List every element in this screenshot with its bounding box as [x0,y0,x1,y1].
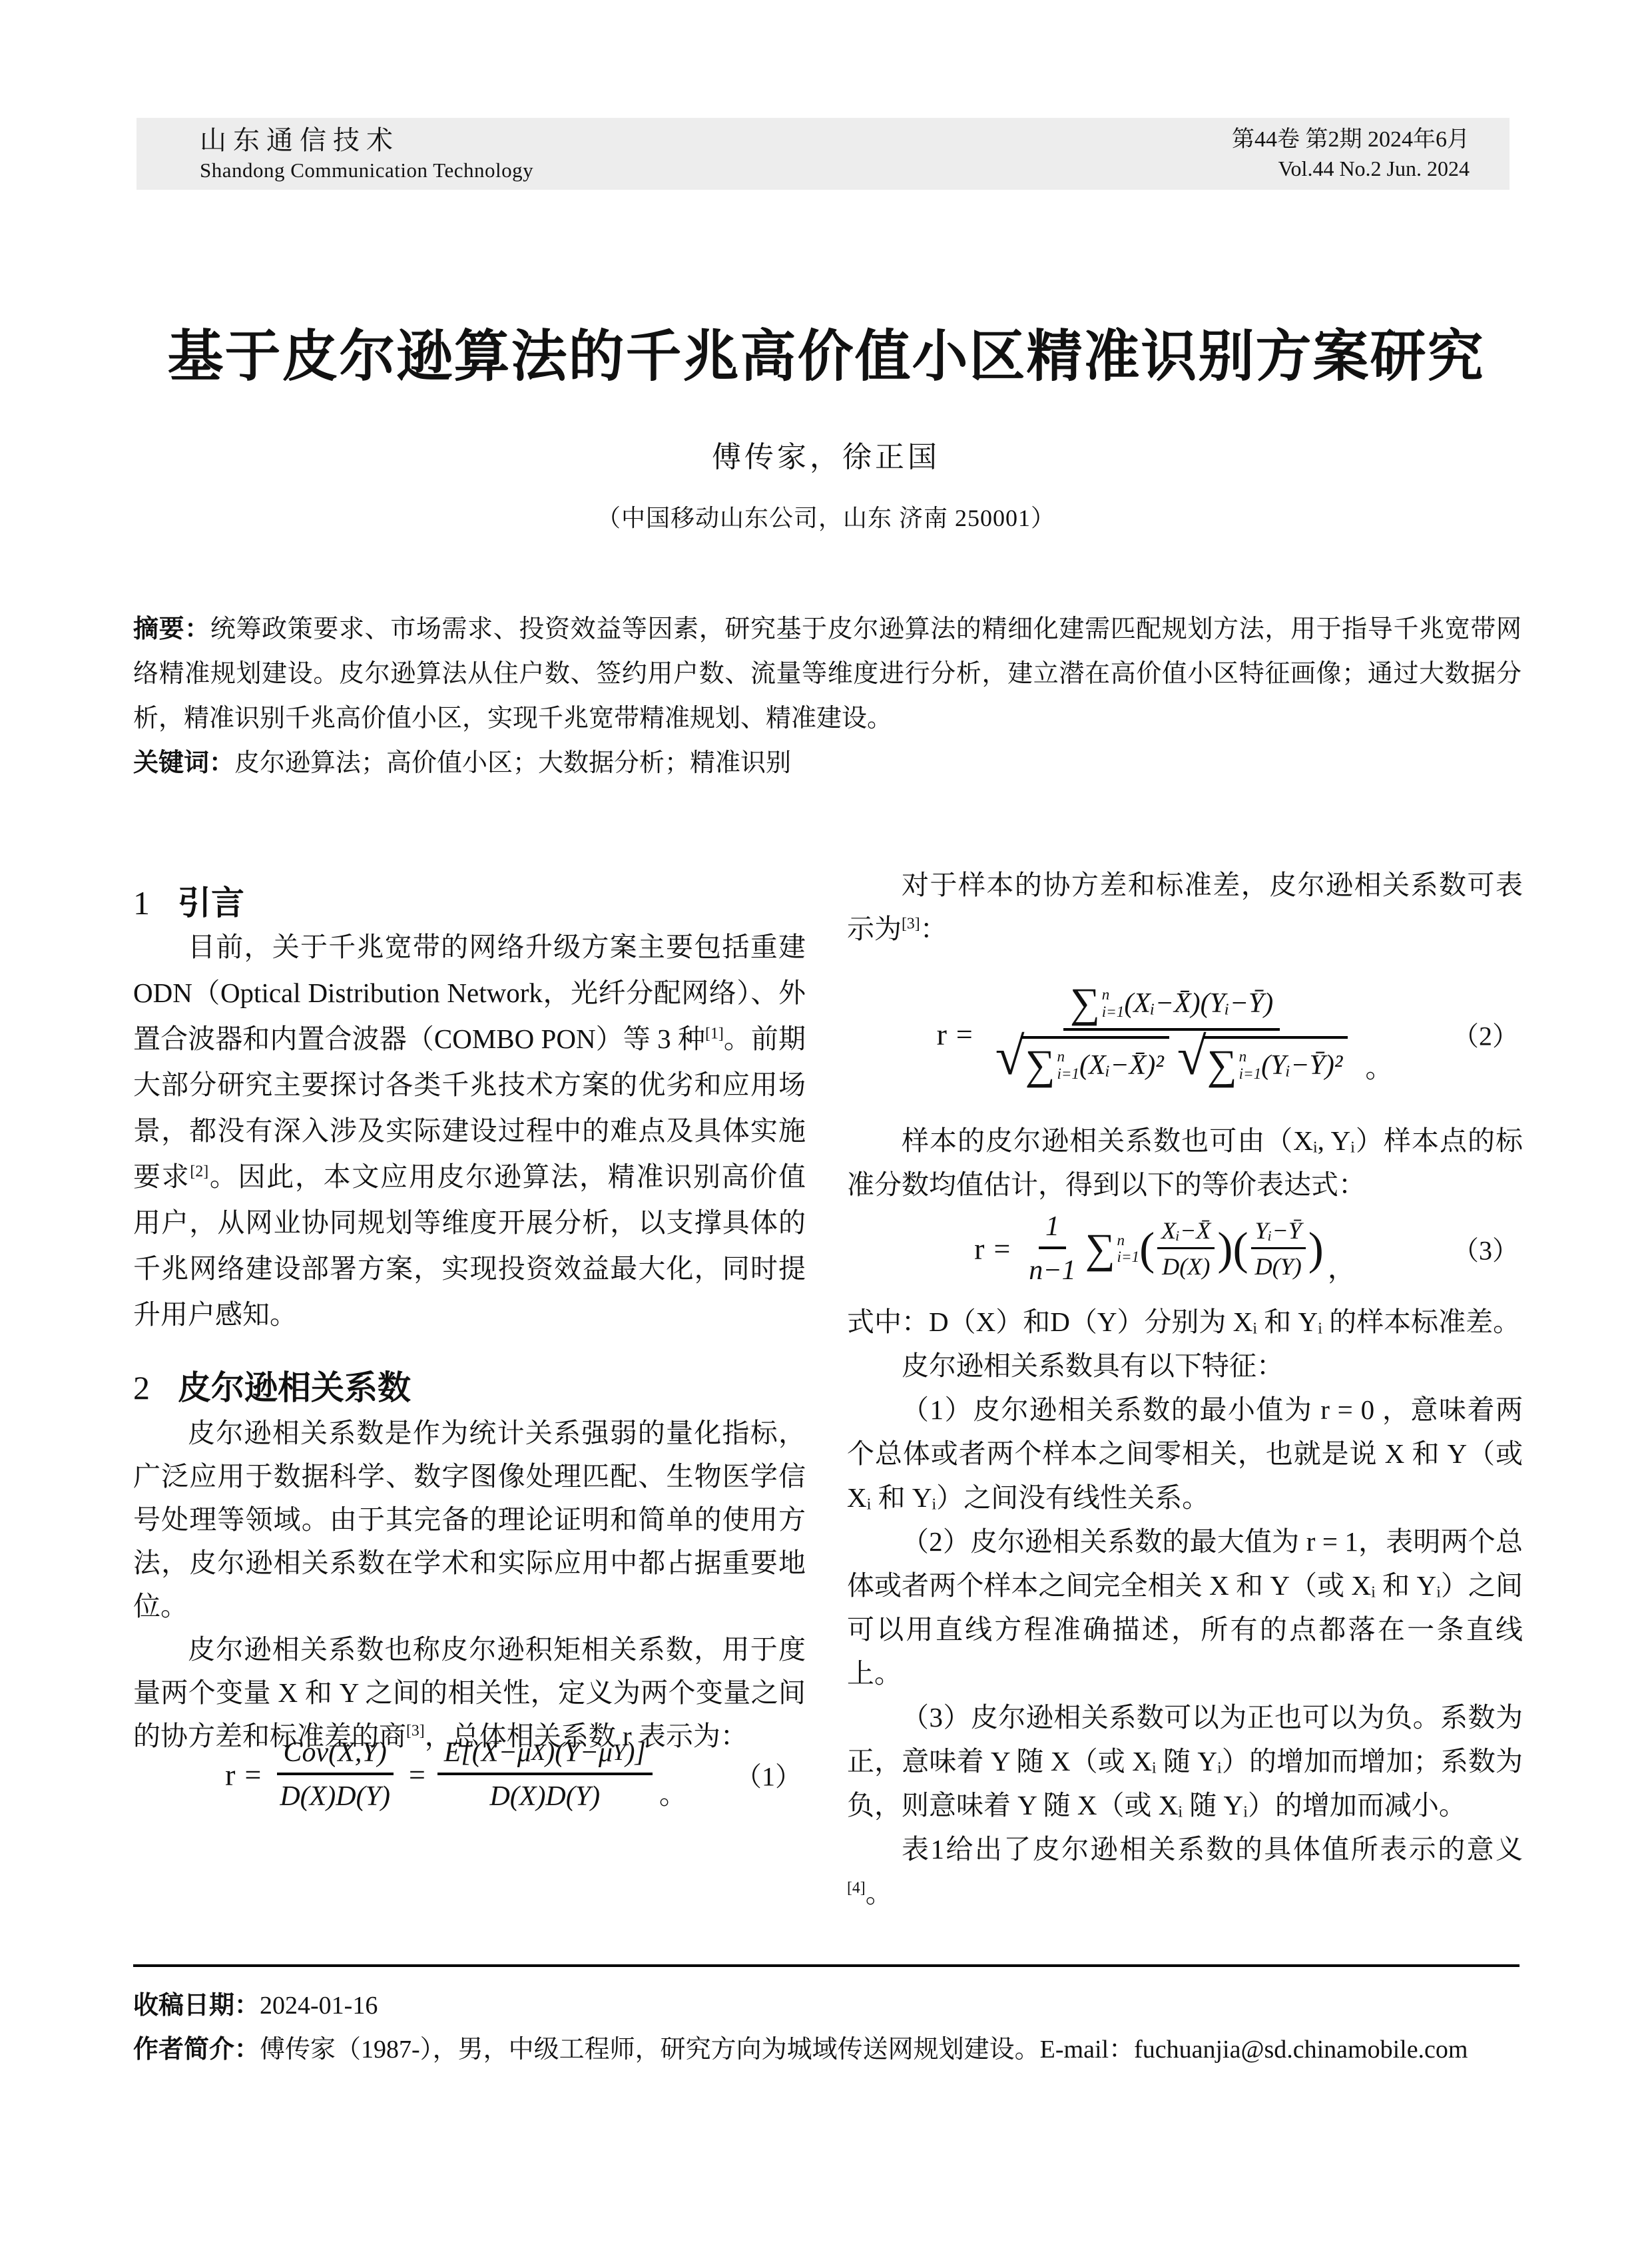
summation: ∑ ni=1 [1025,1044,1079,1086]
section-1-number: 1 [133,884,150,922]
expr: )] [625,1737,645,1769]
journal-name-cn: 山东通信技术 [200,125,533,156]
section-2-heading: 2皮尔逊相关系数 [133,1361,411,1409]
sum-lower: i=1 [1239,1065,1262,1082]
journal-name-block: 山东通信技术 Shandong Communication Technology [200,125,533,182]
formula-period: 。 [1365,1046,1393,1086]
paragraph: （3）皮尔逊相关系数可以为正也可以为负。系数为正，意味着 Y 随 X（或 Xᵢ … [847,1695,1523,1827]
radicand: ∑ ni=1 (Xᵢ−X̄)² [1021,1036,1169,1086]
fraction: E[(X−μX)(Y−μY)] D(X)D(Y) [437,1737,653,1813]
denominator: n−1 [1022,1249,1082,1286]
equals-sign: = [244,1758,261,1792]
paragraph: 目前，关于千兆宽带的网络升级方案主要包括重建ODN（Optical Distri… [133,924,806,1338]
formula-2-math: r = ∑ ni=1 (Xᵢ−X̄)(Yᵢ−Ȳ) √ ∑ [937,982,1394,1086]
sqrt-radical: √ ∑ ni=1 (Yᵢ−Ȳ)² [1177,1036,1348,1086]
subscript: Y [613,1739,625,1766]
issue-info-block: 第44卷 第2期 2024年6月 Vol.44 No.2 Jun. 2024 [1232,126,1470,182]
radicand: ∑ ni=1 (Yᵢ−Ȳ)² [1203,1036,1348,1086]
paragraph: 皮尔逊相关系数是作为统计关系强弱的量化指标，广泛应用于数据科学、数字图像处理匹配… [133,1412,806,1628]
received-date-line: 收稿日期：2024-01-16 [133,1984,1521,2021]
sum-limits: ni=1 [1057,1048,1079,1082]
issue-info-cn: 第44卷 第2期 2024年6月 [1232,126,1470,154]
expr: (Xᵢ−X̄)² [1079,1049,1164,1081]
equals-sign: = [993,1232,1010,1266]
equals-sign: = [956,1017,973,1051]
section-2-title: 皮尔逊相关系数 [178,1369,411,1406]
formula-period: 。 [659,1773,687,1813]
paper-page: 山东通信技术 Shandong Communication Technology… [0,0,1652,2242]
numerator: E[(X−μX)(Y−μY)] [437,1737,653,1775]
abstract-paragraph: 摘要：统筹政策要求、市场需求、投资效益等因素，研究基于皮尔逊算法的精细化建需匹配… [133,607,1521,741]
sigma-icon: ∑ [1025,1044,1055,1086]
denominator: D(Y) [1251,1249,1306,1280]
paragraph: 对于样本的协方差和标准差，皮尔逊相关系数可表示为[3]： [847,863,1523,951]
formula-1-label: （1） [735,1756,802,1794]
section-2-number: 2 [133,1368,150,1407]
sum-lower: i=1 [1102,1003,1125,1020]
formula-1: r = Cov(X,Y) D(X)D(Y) = E[(X−μX)(Y−μY)] … [133,1731,806,1818]
sigma-icon: ∑ [1085,1228,1115,1270]
paragraph: 皮尔逊相关系数具有以下特征： [847,1344,1523,1388]
expr: (Xᵢ−X̄)(Yᵢ−Ȳ) [1124,987,1273,1019]
numerator: ∑ ni=1 (Xᵢ−X̄)(Yᵢ−Ȳ) [1063,982,1280,1031]
sum-lower: i=1 [1057,1065,1079,1082]
sqrt-radical: √ ∑ ni=1 (Xᵢ−X̄)² [995,1036,1169,1086]
keywords-paragraph: 关键词：皮尔逊算法；高价值小区；大数据分析；精准识别 [133,741,1521,786]
fraction: ∑ ni=1 (Xᵢ−X̄)(Yᵢ−Ȳ) √ ∑ ni=1 (Xᵢ−X̄) [985,982,1359,1086]
numerator: 1 [1039,1211,1066,1249]
section-1-heading: 1引言 [133,876,244,924]
paragraph: 式中：D（X）和D（Y）分别为 Xᵢ 和 Yᵢ 的样本标准差。 [847,1300,1523,1344]
formula-1-math: r = Cov(X,Y) D(X)D(Y) = E[(X−μX)(Y−μY)] … [225,1737,687,1813]
page-title: 基于皮尔逊算法的千兆高价值小区精准识别方案研究 [0,312,1652,392]
sum-lower: i=1 [1117,1249,1140,1265]
paragraph: （2）皮尔逊相关系数的最大值为 r = 1，表明两个总体或者两个样本之间完全相关… [847,1520,1523,1695]
formula-3-math: r = 1 n−1 ∑ ni=1 ( Xᵢ−X̄ D(X) ) ( Yᵢ−Ȳ D… [974,1211,1356,1286]
abstract-label: 摘要： [133,615,210,643]
expr: E[(X−μ [444,1737,531,1769]
numerator: Cov(X,Y) [277,1737,394,1775]
fraction: Xᵢ−X̄ D(X) [1157,1217,1215,1280]
summation: ∑ ni=1 [1085,1228,1139,1270]
abstract-text: 统筹政策要求、市场需求、投资效益等因素，研究基于皮尔逊算法的精细化建需匹配规划方… [133,615,1521,732]
denominator: D(X)D(Y) [273,1775,397,1813]
formula-lhs: r [937,1017,947,1052]
right-col-paragraph-1: 对于样本的协方差和标准差，皮尔逊相关系数可表示为[3]： [847,863,1523,951]
expr: )(Y−μ [545,1737,613,1769]
sum-upper: n [1117,1232,1125,1249]
sum-limits: ni=1 [1117,1232,1140,1266]
equals-sign: = [409,1758,425,1792]
section-1-title: 引言 [178,884,244,922]
subscript: X [531,1739,545,1766]
right-col-paragraph-3: 式中：D（X）和D（Y）分别为 Xᵢ 和 Yᵢ 的样本标准差。 皮尔逊相关系数具… [847,1300,1523,1915]
keywords-text: 皮尔逊算法；高价值小区；大数据分析；精准识别 [234,749,791,777]
paragraph: 样本的皮尔逊相关系数也可由（Xᵢ, Yᵢ）样本点的标准分数均值估计，得到以下的等… [847,1119,1523,1207]
open-paren: ( [1233,1228,1248,1269]
fraction: Cov(X,Y) D(X)D(Y) [273,1737,397,1813]
formula-lhs: r [974,1231,984,1266]
sum-upper: n [1057,1048,1065,1065]
footnote-divider [133,1964,1519,1967]
sigma-icon: ∑ [1207,1044,1237,1086]
affiliation-line: （中国移动山东公司，山东 济南 250001） [0,499,1652,533]
author-bio-line: 作者简介：傅传家（1987-），男，中级工程师，研究方向为城域传送网规划建设。E… [133,2028,1521,2065]
denominator: D(X)D(Y) [483,1775,607,1813]
author-bio-label: 作者简介： [133,2036,260,2064]
expr: (Yᵢ−Ȳ)² [1261,1049,1342,1081]
open-paren: ( [1139,1228,1155,1269]
journal-header-bar: 山东通信技术 Shandong Communication Technology… [137,118,1510,190]
sigma-icon: ∑ [1070,982,1100,1024]
right-col-paragraph-2: 样本的皮尔逊相关系数也可由（Xᵢ, Yᵢ）样本点的标准分数均值估计，得到以下的等… [847,1119,1523,1207]
section-2-body-left: 皮尔逊相关系数是作为统计关系强弱的量化指标，广泛应用于数据科学、数字图像处理匹配… [133,1412,806,1758]
authors-line: 傅传家，徐正国 [0,433,1652,475]
section-1-body: 目前，关于千兆宽带的网络升级方案主要包括重建ODN（Optical Distri… [133,924,806,1338]
paragraph: （1）皮尔逊相关系数的最小值为 r = 0 ，意味着两个总体或者两个样本之间零相… [847,1388,1523,1520]
keywords-label: 关键词： [133,749,234,777]
close-paren: ) [1217,1228,1233,1269]
received-date-label: 收稿日期： [133,1992,260,2020]
numerator: Yᵢ−Ȳ [1251,1217,1306,1249]
paragraph: 表1给出了皮尔逊相关系数的具体值所表示的意义[4]。 [847,1827,1523,1915]
formula-2-label: （2） [1452,1015,1519,1053]
formula-lhs: r [225,1757,235,1793]
issue-info-en: Vol.44 No.2 Jun. 2024 [1232,155,1470,182]
numerator: Xᵢ−X̄ [1157,1217,1215,1249]
formula-comma: ， [1328,1247,1356,1286]
close-paren: ) [1308,1228,1324,1269]
fraction: Yᵢ−Ȳ D(Y) [1251,1217,1306,1280]
author-bio-text: 傅传家（1987-），男，中级工程师，研究方向为城域传送网规划建设。E-mail… [260,2036,1468,2064]
sum-limits: ni=1 [1239,1048,1262,1082]
received-date-value: 2024-01-16 [260,1992,378,2020]
journal-name-en: Shandong Communication Technology [200,158,533,182]
summation: ∑ ni=1 [1070,982,1124,1024]
sum-upper: n [1239,1048,1247,1065]
formula-3: r = 1 n−1 ∑ ni=1 ( Xᵢ−X̄ D(X) ) ( Yᵢ−Ȳ D… [847,1199,1523,1298]
summation: ∑ ni=1 [1207,1044,1261,1086]
fraction: 1 n−1 [1022,1211,1082,1286]
formula-3-label: （3） [1452,1230,1519,1268]
denominator: √ ∑ ni=1 (Xᵢ−X̄)² √ [985,1031,1359,1086]
radical-icon: √ [1177,1036,1207,1077]
sum-upper: n [1102,986,1110,1003]
radical-icon: √ [995,1036,1025,1077]
abstract-block: 摘要：统筹政策要求、市场需求、投资效益等因素，研究基于皮尔逊算法的精细化建需匹配… [133,607,1521,786]
denominator: D(X) [1158,1249,1214,1280]
sum-limits: ni=1 [1102,986,1125,1020]
formula-2: r = ∑ ni=1 (Xᵢ−X̄)(Yᵢ−Ȳ) √ ∑ [847,964,1523,1104]
